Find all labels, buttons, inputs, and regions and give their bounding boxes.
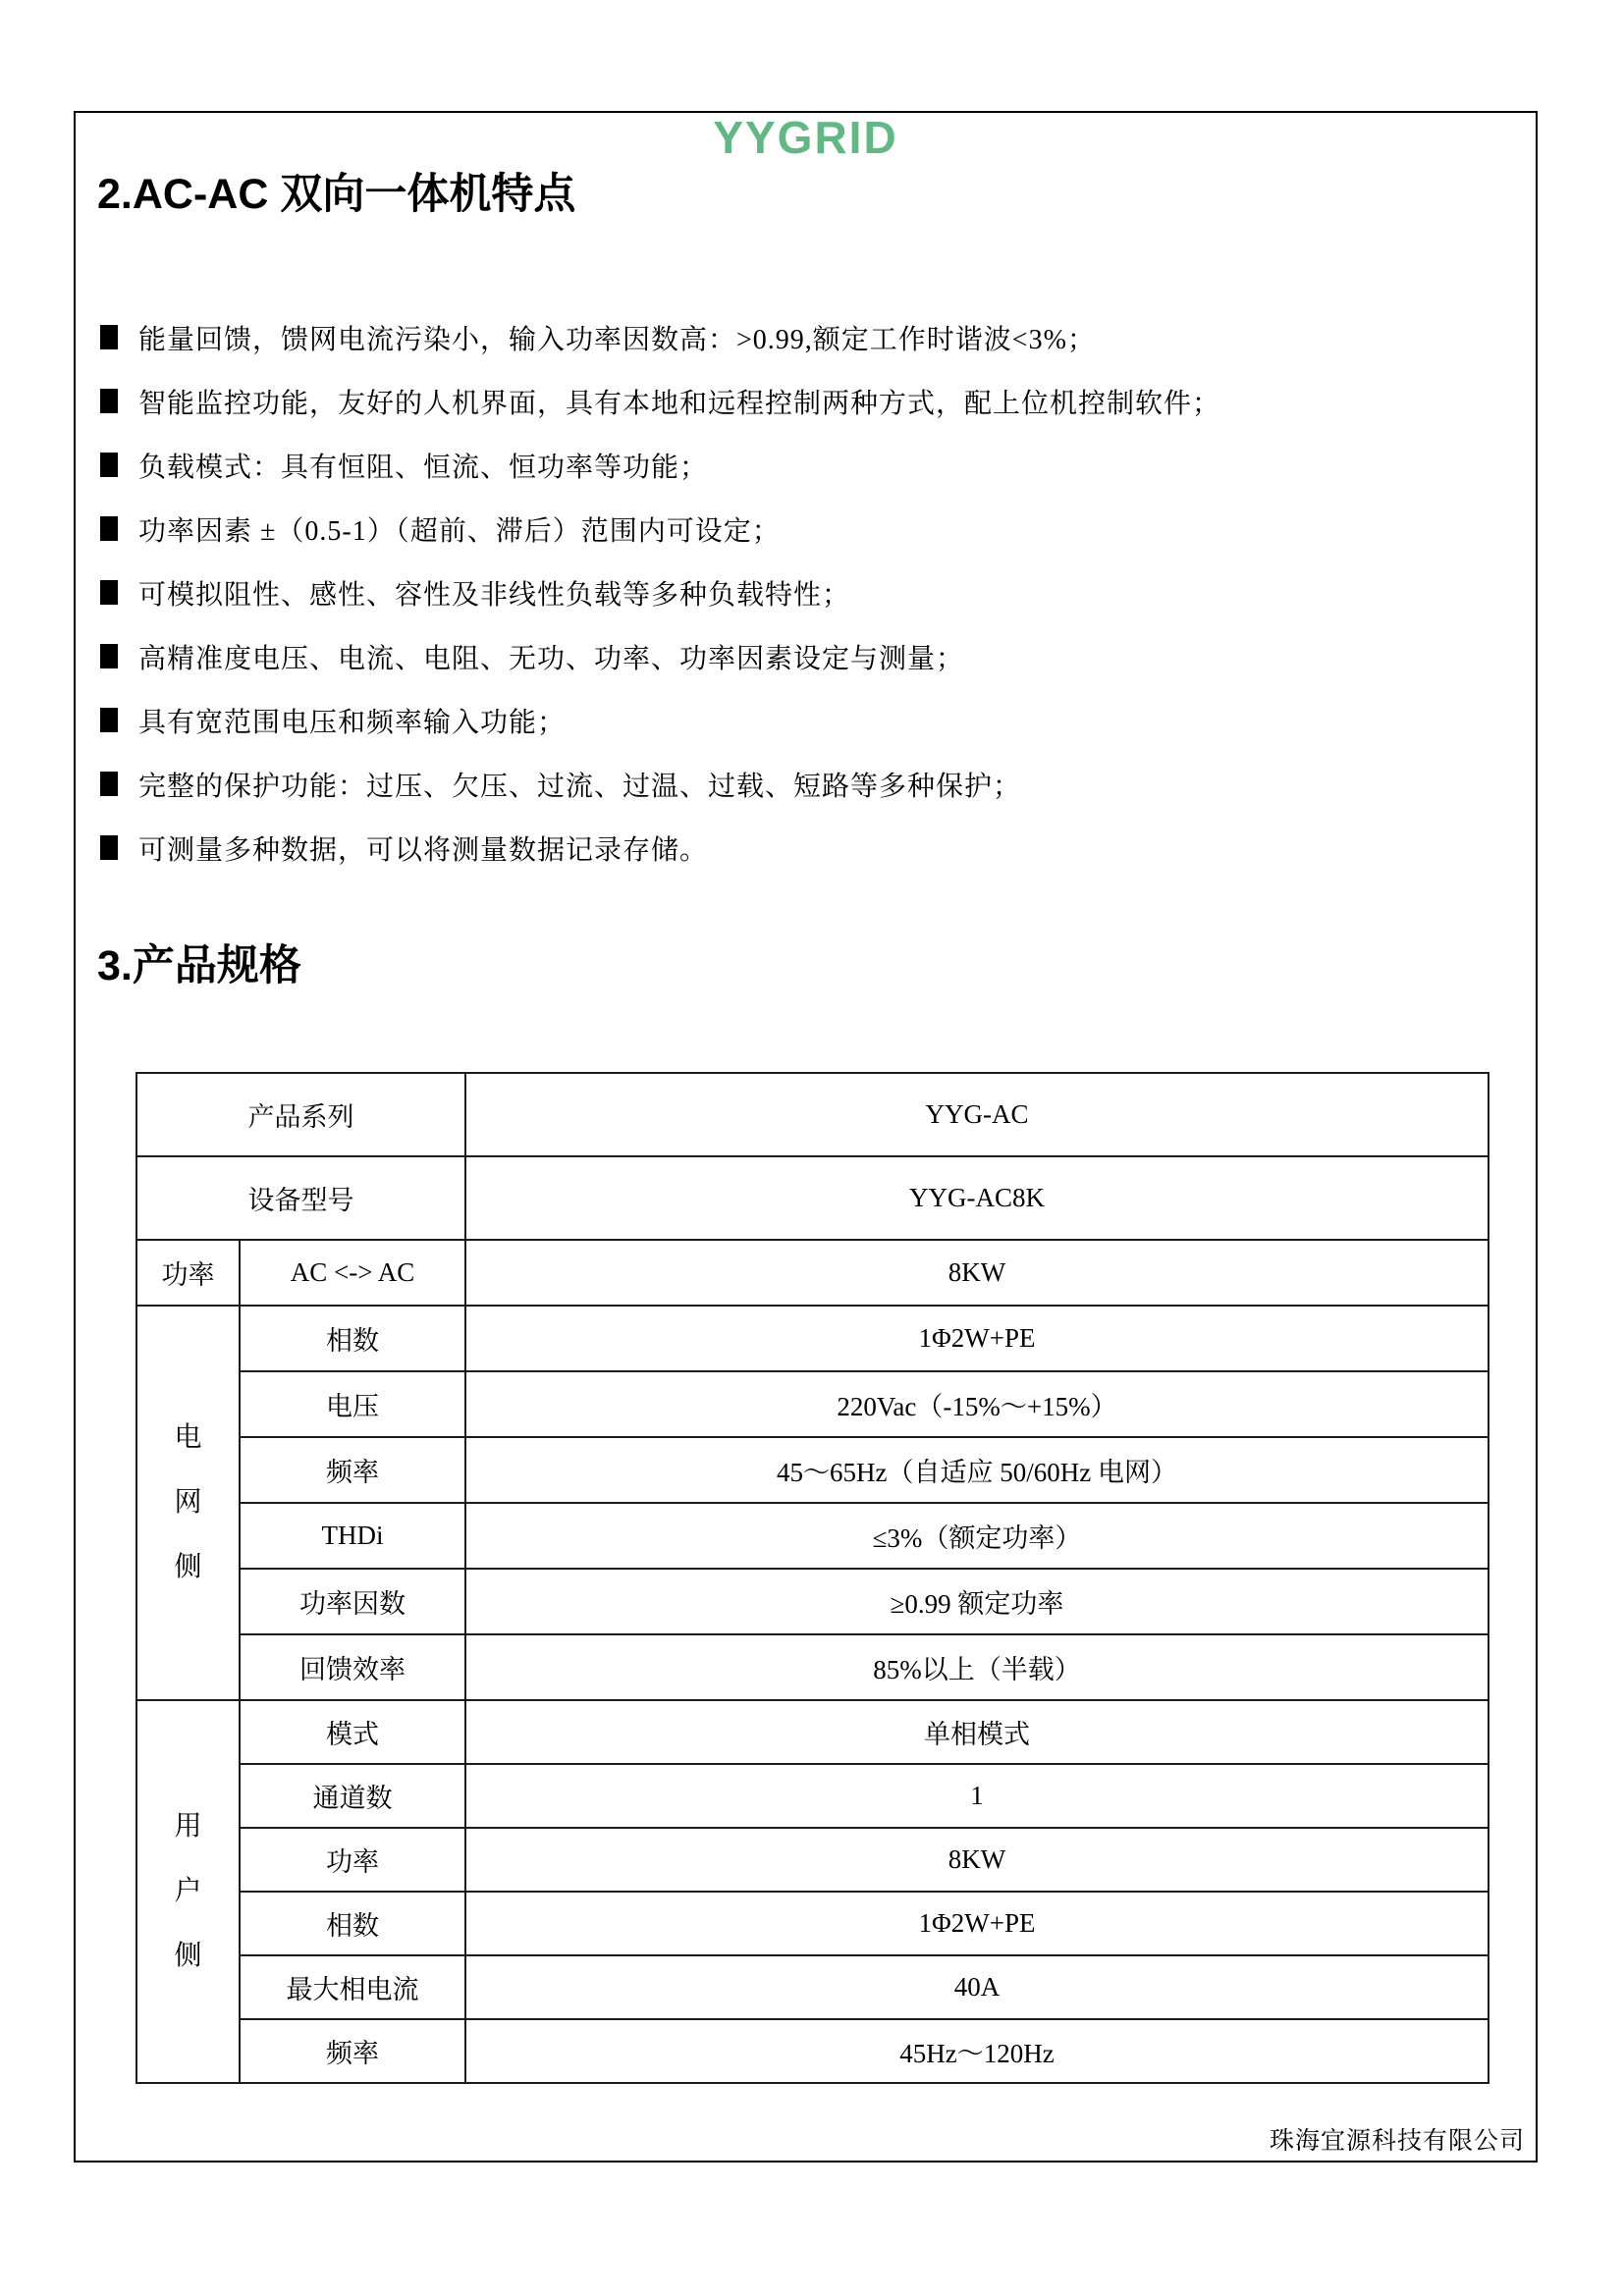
spec-label: 回馈效率 bbox=[240, 1634, 465, 1700]
spec-label: 功率 bbox=[240, 1828, 465, 1892]
spec-value: 85%以上（半载） bbox=[465, 1634, 1489, 1700]
vertical-group-label: 用户侧 bbox=[172, 1794, 203, 1988]
section-features-title: 2.AC-AC 双向一体机特点 bbox=[97, 172, 575, 218]
spec-label: 设备型号 bbox=[136, 1156, 465, 1240]
spec-value: 220Vac（-15%～+15%） bbox=[465, 1371, 1489, 1437]
table-row: 电网侧 相数 1Φ2W+PE bbox=[136, 1306, 1489, 1371]
spec-value: YYG-AC bbox=[465, 1073, 1489, 1156]
table-row: 功率 AC <-> AC 8KW bbox=[136, 1240, 1489, 1306]
table-row: 相数 1Φ2W+PE bbox=[136, 1892, 1489, 1955]
spec-label: 功率因数 bbox=[240, 1569, 465, 1634]
spec-value: 8KW bbox=[465, 1240, 1489, 1306]
feature-text: 负载模式：具有恒阻、恒流、恒功率等功能； bbox=[138, 446, 708, 485]
table-row: 回馈效率 85%以上（半载） bbox=[136, 1634, 1489, 1700]
section-specs-title: 3.产品规格 bbox=[97, 943, 301, 989]
bullet-marker-icon bbox=[100, 516, 118, 541]
spec-label: THDi bbox=[240, 1503, 465, 1569]
spec-value: 1 bbox=[465, 1764, 1489, 1828]
footer-company-name: 珠海宜源科技有限公司 bbox=[1270, 2121, 1525, 2157]
spec-value: 8KW bbox=[465, 1828, 1489, 1892]
feature-list: 能量回馈，馈网电流污染小，输入功率因数高：>0.99,额定工作时谐波<3%； 智… bbox=[76, 305, 1536, 880]
list-item: 可模拟阻性、感性、容性及非线性负载等多种负载特性； bbox=[76, 561, 1536, 624]
feature-text: 智能监控功能，友好的人机界面，具有本地和远程控制两种方式，配上位机控制软件； bbox=[138, 382, 1220, 421]
bullet-marker-icon bbox=[100, 453, 118, 477]
spec-value: 45Hz～120Hz bbox=[465, 2019, 1489, 2083]
bullet-marker-icon bbox=[100, 389, 118, 413]
spec-group-user-side: 用户侧 bbox=[136, 1700, 240, 2083]
bullet-marker-icon bbox=[100, 708, 118, 732]
spec-label: 频率 bbox=[240, 1437, 465, 1503]
list-item: 可测量多种数据，可以将测量数据记录存储。 bbox=[76, 816, 1536, 880]
table-row: 用户侧 模式 单相模式 bbox=[136, 1700, 1489, 1764]
table-row: THDi ≤3%（额定功率） bbox=[136, 1503, 1489, 1569]
spec-value: 单相模式 bbox=[465, 1700, 1489, 1764]
spec-value: YYG-AC8K bbox=[465, 1156, 1489, 1240]
list-item: 高精准度电压、电流、电阻、无功、功率、功率因素设定与测量； bbox=[76, 624, 1536, 688]
spec-label: 最大相电流 bbox=[240, 1955, 465, 2019]
feature-text: 可模拟阻性、感性、容性及非线性负载等多种负载特性； bbox=[138, 573, 850, 613]
bullet-marker-icon bbox=[100, 644, 118, 668]
spec-group-grid-side: 电网侧 bbox=[136, 1306, 240, 1700]
table-row: 电压 220Vac（-15%～+15%） bbox=[136, 1371, 1489, 1437]
brand-logo: YYGRID bbox=[76, 115, 1536, 160]
feature-text: 可测量多种数据，可以将测量数据记录存储。 bbox=[138, 828, 708, 868]
spec-value: 40A bbox=[465, 1955, 1489, 2019]
table-row: 通道数 1 bbox=[136, 1764, 1489, 1828]
feature-text: 功率因素 ±（0.5-1）（超前、滞后）范围内可设定； bbox=[138, 509, 781, 549]
spec-label: 产品系列 bbox=[136, 1073, 465, 1156]
spec-label: 相数 bbox=[240, 1892, 465, 1955]
bullet-marker-icon bbox=[100, 835, 118, 860]
bullet-marker-icon bbox=[100, 772, 118, 796]
table-row: 产品系列 YYG-AC bbox=[136, 1073, 1489, 1156]
vertical-group-label: 电网侧 bbox=[172, 1406, 203, 1599]
bullet-marker-icon bbox=[100, 580, 118, 605]
table-row: 最大相电流 40A bbox=[136, 1955, 1489, 2019]
table-row: 频率 45Hz～120Hz bbox=[136, 2019, 1489, 2083]
spec-label: 频率 bbox=[240, 2019, 465, 2083]
feature-text: 高精准度电压、电流、电阻、无功、功率、功率因素设定与测量； bbox=[138, 637, 964, 676]
list-item: 能量回馈，馈网电流污染小，输入功率因数高：>0.99,额定工作时谐波<3%； bbox=[76, 305, 1536, 369]
spec-label: 电压 bbox=[240, 1371, 465, 1437]
spec-value: 1Φ2W+PE bbox=[465, 1892, 1489, 1955]
table-row: 功率 8KW bbox=[136, 1828, 1489, 1892]
list-item: 具有宽范围电压和频率输入功能； bbox=[76, 688, 1536, 752]
spec-value: ≤3%（额定功率） bbox=[465, 1503, 1489, 1569]
page-border: YYGRID 2.AC-AC 双向一体机特点 能量回馈，馈网电流污染小，输入功率… bbox=[74, 111, 1538, 2163]
feature-text: 能量回馈，馈网电流污染小，输入功率因数高：>0.99,额定工作时谐波<3%； bbox=[138, 318, 1096, 357]
list-item: 完整的保护功能：过压、欠压、过流、过温、过载、短路等多种保护； bbox=[76, 752, 1536, 816]
table-row: 功率因数 ≥0.99 额定功率 bbox=[136, 1569, 1489, 1634]
table-row: 频率 45～65Hz（自适应 50/60Hz 电网） bbox=[136, 1437, 1489, 1503]
table-row: 设备型号 YYG-AC8K bbox=[136, 1156, 1489, 1240]
spec-label: AC <-> AC bbox=[240, 1240, 465, 1306]
spec-label: 通道数 bbox=[240, 1764, 465, 1828]
list-item: 功率因素 ±（0.5-1）（超前、滞后）范围内可设定； bbox=[76, 497, 1536, 561]
spec-value: ≥0.99 额定功率 bbox=[465, 1569, 1489, 1634]
bullet-marker-icon bbox=[100, 325, 118, 349]
spec-group: 功率 bbox=[136, 1240, 240, 1306]
spec-table: 产品系列 YYG-AC 设备型号 YYG-AC8K 功率 AC <-> AC 8… bbox=[135, 1072, 1489, 2084]
spec-value: 1Φ2W+PE bbox=[465, 1306, 1489, 1371]
spec-value: 45～65Hz（自适应 50/60Hz 电网） bbox=[465, 1437, 1489, 1503]
list-item: 负载模式：具有恒阻、恒流、恒功率等功能； bbox=[76, 433, 1536, 497]
feature-text: 具有宽范围电压和频率输入功能； bbox=[138, 701, 566, 740]
list-item: 智能监控功能，友好的人机界面，具有本地和远程控制两种方式，配上位机控制软件； bbox=[76, 369, 1536, 433]
feature-text: 完整的保护功能：过压、欠压、过流、过温、过载、短路等多种保护； bbox=[138, 765, 1021, 804]
spec-label: 相数 bbox=[240, 1306, 465, 1371]
spec-label: 模式 bbox=[240, 1700, 465, 1764]
